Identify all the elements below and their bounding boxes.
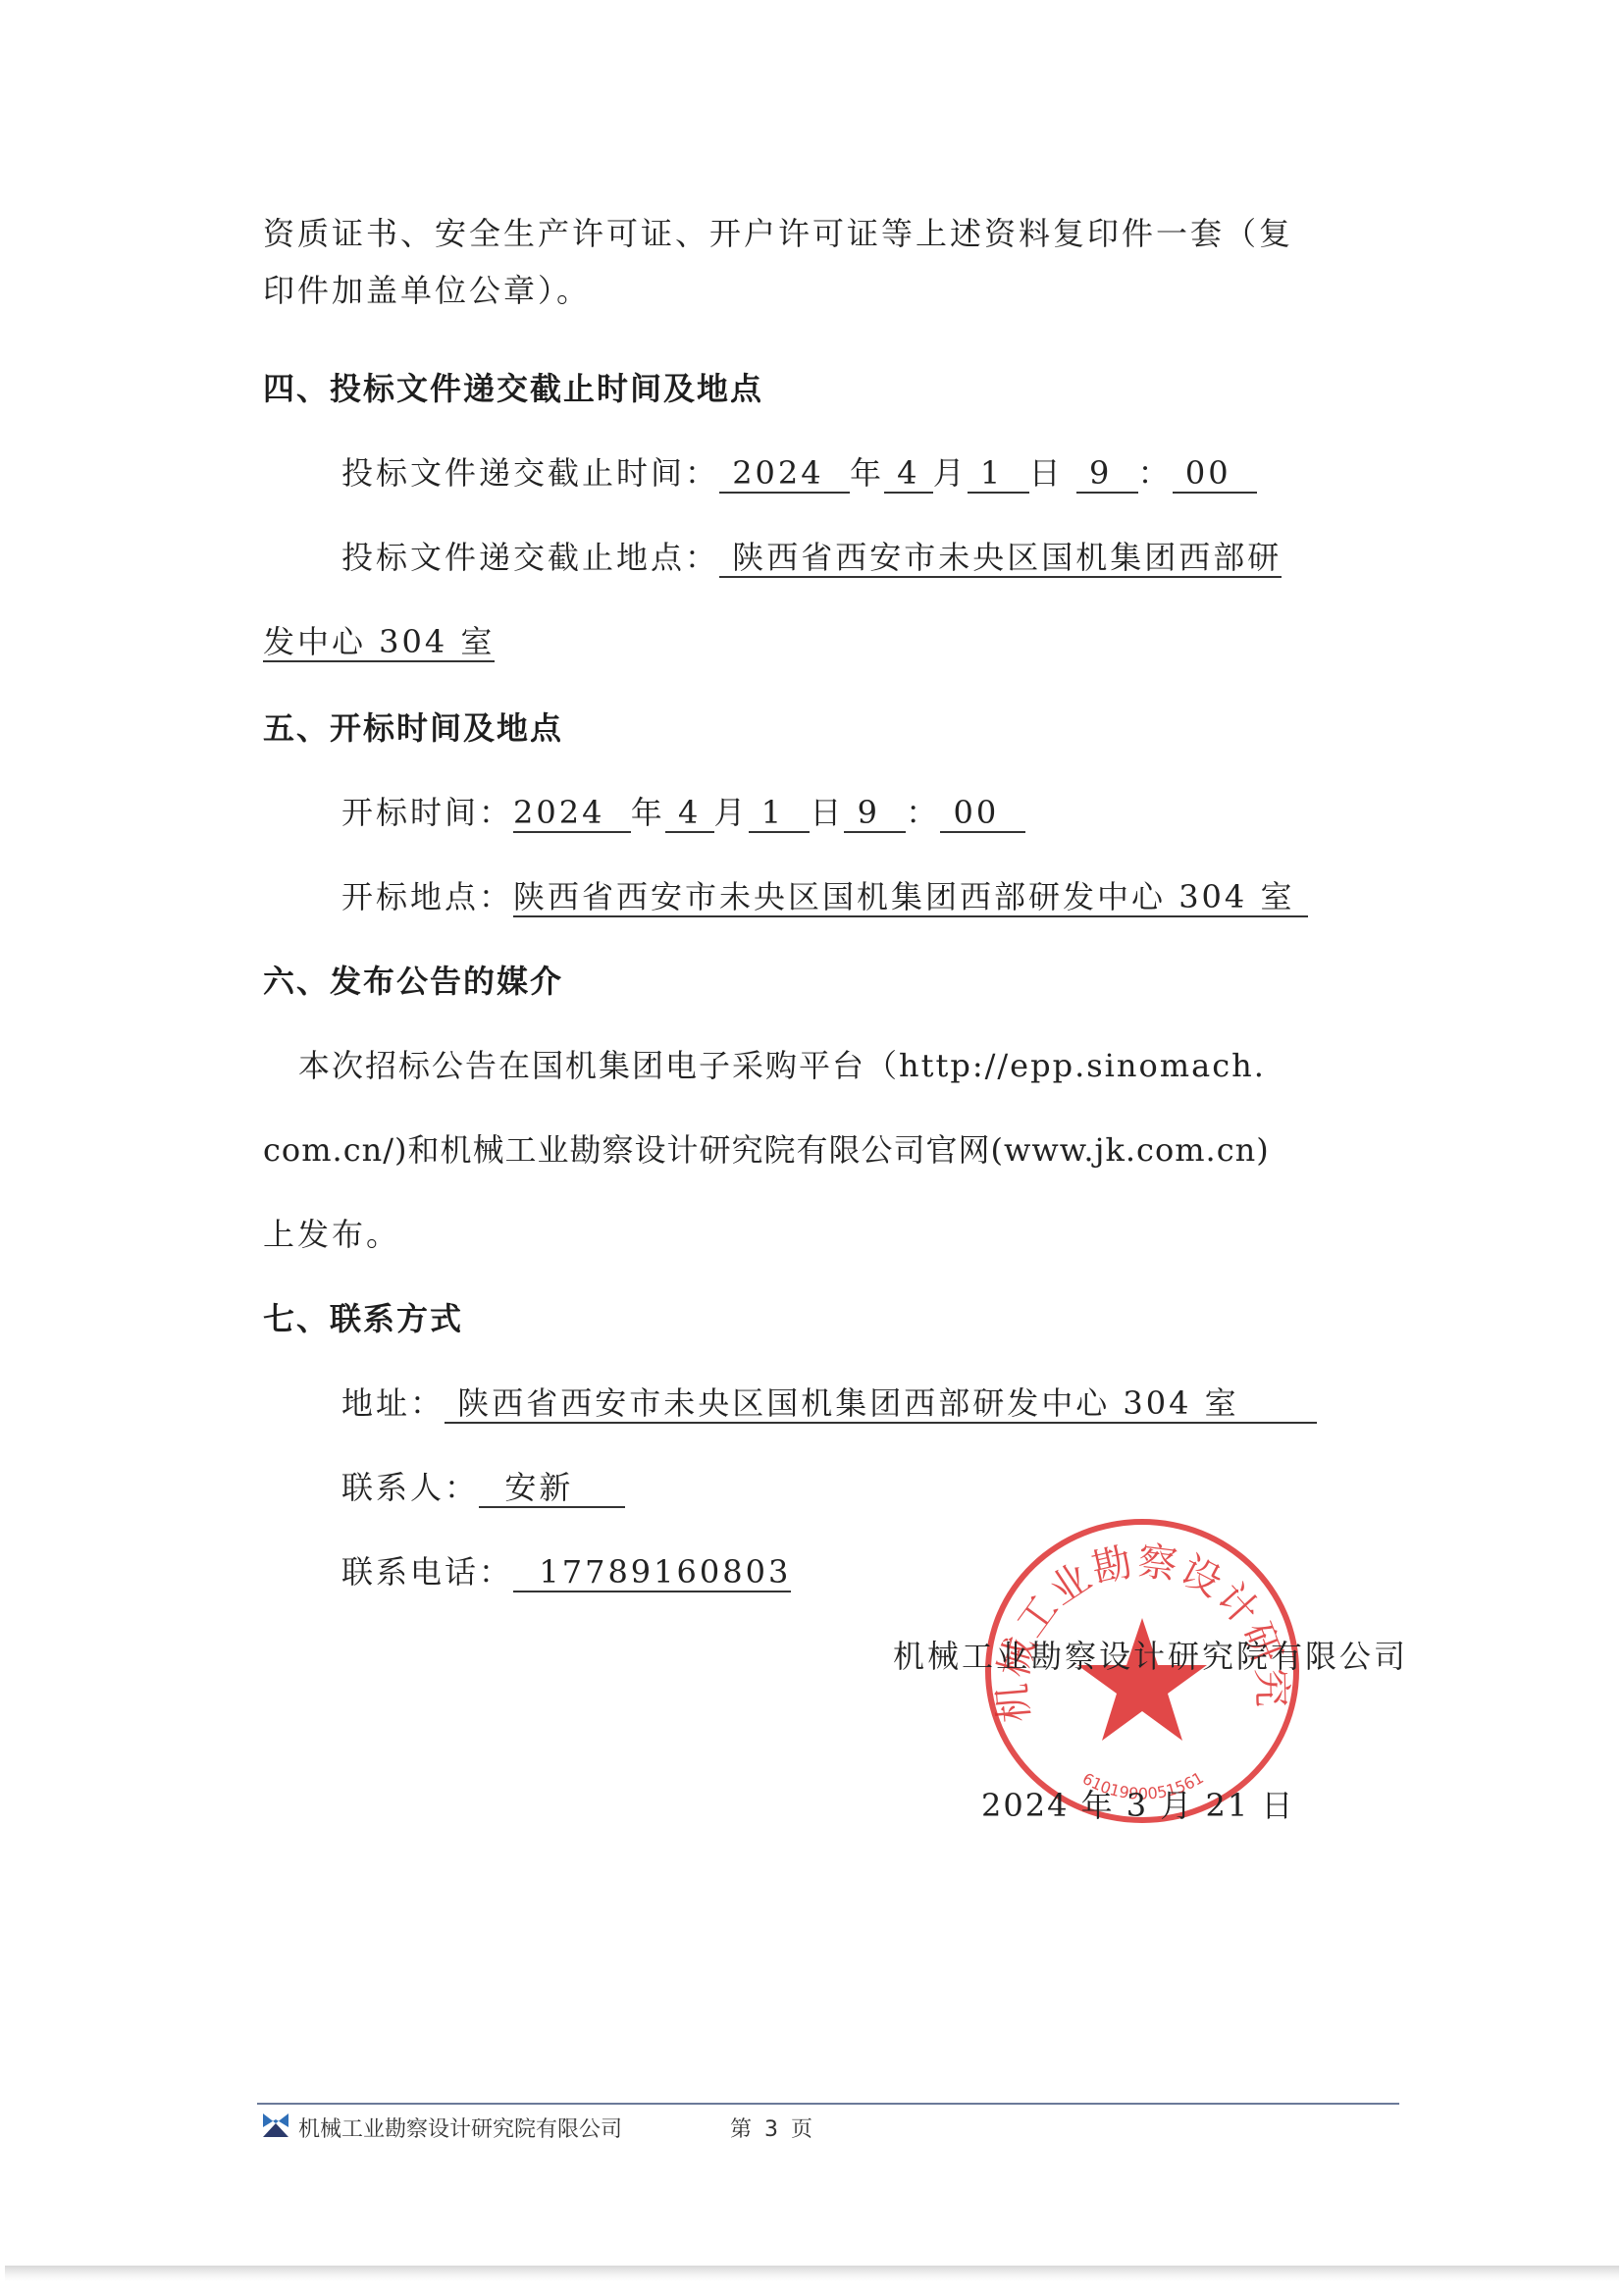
contact-person: 联系人： 安新 (341, 1468, 1480, 1508)
opening-time-label: 开标时间： (341, 794, 513, 831)
contact-person-value: 安新 (479, 1469, 625, 1508)
opening-month: 4 (665, 794, 714, 833)
bid-deadline-location: 投标文件递交截止地点： 陕西省西安市未央区国机集团西部研 (341, 538, 1480, 578)
opening-location-value: 陕西省西安市未央区国机集团西部研发中心 304 室 (513, 878, 1308, 917)
bid-location-value-2: 发中心 304 室 (263, 623, 495, 662)
opening-day: 1 (749, 794, 811, 833)
bid-deadline-minute: 00 (1173, 454, 1257, 494)
section-4-heading: 四、投标文件递交截止时间及地点 (263, 369, 1401, 408)
opening-time: 开标时间：2024 年 4 月 1 日 9 ： 00 (341, 793, 1480, 833)
bid-deadline-time: 投标文件递交截止时间： 2024 年 4 月 1 日 9 ： 00 (341, 453, 1480, 494)
contact-person-label: 联系人： (341, 1469, 479, 1506)
opening-minute: 00 (940, 794, 1024, 833)
opening-location-label: 开标地点： (341, 878, 513, 915)
section-5-heading: 五、开标时间及地点 (263, 708, 1401, 748)
contact-phone: 联系电话： 17789160803 (341, 1552, 1480, 1592)
footer-divider (257, 2103, 1399, 2105)
intro-line-1: 资质证书、安全生产许可证、开户许可证等上述资料复印件一套（复 (263, 214, 1401, 253)
page-footer: 机械工业勘察设计研究院有限公司 第 3 页 (261, 2110, 815, 2145)
day-unit: 日 (1029, 454, 1064, 492)
month-unit: 月 (933, 454, 968, 492)
address-label: 地址： (341, 1384, 445, 1422)
media-line-2: com.cn/)和机械工业勘察设计研究院有限公司官网(www.jk.com.cn… (263, 1130, 1401, 1170)
section-6-heading: 六、发布公告的媒介 (263, 962, 1401, 1001)
month-unit: 月 (714, 794, 749, 831)
phone-value: 17789160803 (513, 1553, 791, 1592)
year-unit: 年 (850, 454, 884, 492)
day-unit: 日 (810, 794, 844, 831)
media-line-3: 上发布。 (263, 1215, 1401, 1254)
year-unit: 年 (631, 794, 665, 831)
opening-location: 开标地点：陕西省西安市未央区国机集团西部研发中心 304 室 (341, 877, 1480, 917)
scan-edge-band (5, 2266, 1619, 2281)
bid-deadline-label: 投标文件递交截止时间： (341, 454, 719, 492)
bid-deadline-hour: 9 (1076, 454, 1138, 494)
phone-label: 联系电话： (341, 1553, 513, 1591)
opening-year: 2024 (513, 794, 631, 833)
contact-address: 地址： 陕西省西安市未央区国机集团西部研发中心 304 室 (341, 1383, 1480, 1424)
bid-deadline-location-cont: 发中心 304 室 (263, 622, 1401, 662)
time-colon: ： (906, 794, 940, 831)
bid-location-label: 投标文件递交截止地点： (341, 539, 719, 576)
bid-deadline-month: 4 (884, 454, 933, 494)
address-value: 陕西省西安市未央区国机集团西部研发中心 304 室 (445, 1384, 1317, 1424)
signature-date: 2024 年 3 月 21 日 (981, 1786, 1295, 1825)
intro-line-2: 印件加盖单位公章）。 (263, 271, 1401, 310)
section-7-heading: 七、联系方式 (263, 1299, 1401, 1338)
footer-company-name: 机械工业勘察设计研究院有限公司 (298, 2113, 622, 2143)
page-number: 第 3 页 (730, 2113, 815, 2143)
bid-deadline-day: 1 (968, 454, 1029, 494)
signature-company: 机械工业勘察设计研究院有限公司 (819, 1637, 1408, 1676)
bid-location-value-1: 陕西省西安市未央区国机集团西部研 (719, 539, 1282, 578)
bid-deadline-year: 2024 (719, 454, 850, 494)
company-logo-icon (261, 2113, 290, 2141)
media-line-1: 本次招标公告在国机集团电子采购平台（http://epp.sinomach. (298, 1046, 1437, 1085)
time-colon: ： (1138, 454, 1173, 492)
opening-hour: 9 (844, 794, 906, 833)
